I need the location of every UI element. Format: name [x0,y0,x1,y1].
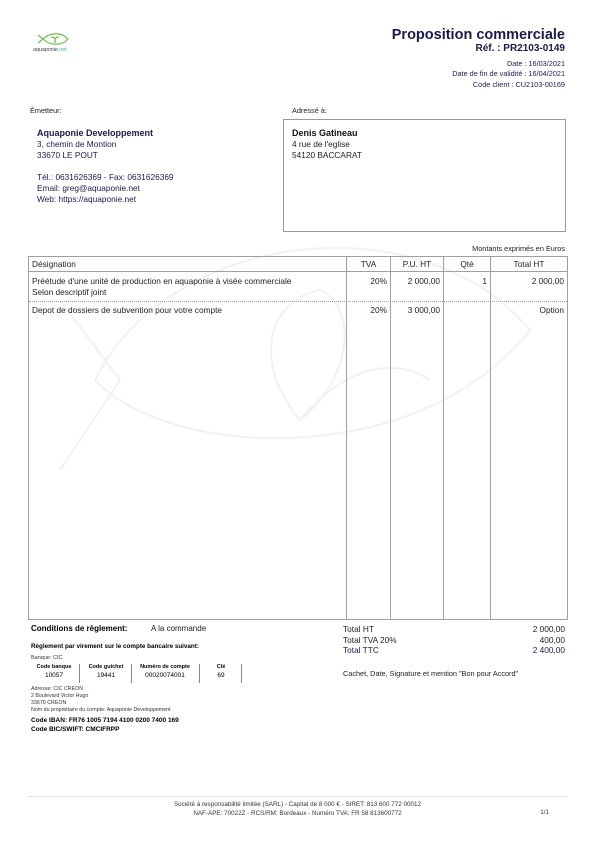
totals-block: Total HT2 000,00 Total TVA 20%400,00 Tot… [343,624,565,656]
recipient-name: Denis Gatineau [292,128,362,139]
sender-web: Web: https://aquaponie.net [37,194,174,205]
client-code: Code client : CU2103-00169 [473,80,565,89]
recipient-label: Adressé à: [292,106,327,115]
signature-note: Cachet, Date, Signature et mention "Bon … [343,669,518,678]
sender-block: Aquaponie Developpement 3, chemin de Mon… [37,128,174,205]
document-title: Proposition commerciale [392,27,565,43]
row-qty: 1 [444,276,487,287]
sender-label: Émetteur: [30,106,62,115]
header-total-ht: Total HT [491,259,567,270]
bank-code: Code banque10057 [31,664,77,679]
payment-conditions-label: Conditions de règlement: [31,624,127,633]
sender-email: Email: greg@aquaponie.net [37,183,174,194]
company-logo: aquaponie.net [28,30,88,56]
page-number: 1/1 [540,809,549,816]
header-designation: Désignation [32,259,76,270]
rib-key: Clé69 [201,664,241,679]
header-pu-ht: P.U. HT [391,259,443,270]
branch-code: Code guichet19441 [81,664,131,679]
iban: Code IBAN: FR76 1005 7194 4100 0200 7400… [31,716,179,725]
sender-address2: 33670 LE POUT [37,150,174,161]
recipient-block: Denis Gatineau 4 rue de l'eglise 54120 B… [292,128,362,161]
row-designation-detail: Selon descriptif joint [32,287,106,298]
row-designation: Préétude d'une unité de production en aq… [32,276,291,287]
bic: Code BIC/SWIFT: CMCIFRPP [31,725,179,734]
footer-divider [28,796,567,797]
sender-name: Aquaponie Developpement [37,128,174,139]
row-total-ht: 2 000,00 [491,276,564,287]
total-ttc-row: Total TTC2 400,00 [343,645,565,656]
logo-text: aquaponie.net [33,47,67,53]
recipient-address1: 4 rue de l'eglise [292,139,362,150]
bank-transfer-title: Règlement par virement sur le compte ban… [31,643,199,650]
row-tva: 20% [347,276,387,287]
total-tva-row: Total TVA 20%400,00 [343,635,565,646]
row-designation: Depot de dossiers de subvention pour vot… [32,305,222,316]
recipient-address2: 54120 BACCARAT [292,150,362,161]
payment-conditions-value: A la commande [151,624,206,633]
account-number: Numéro de compte00020074001 [133,664,197,679]
row-total-ht: Option [491,305,564,316]
row-pu-ht: 3 000,00 [391,305,440,316]
sender-phone: Tél.: 0631626369 - Fax: 0631626369 [37,172,174,183]
sender-address1: 3, chemin de Montion [37,139,174,150]
validity-date: Date de fin de validité : 16/04/2021 [452,69,565,78]
legal-footer: Société à responsabilité limitée (SARL) … [0,800,595,818]
header-tva: TVA [347,259,390,270]
fish-sprout-icon [28,30,88,48]
total-ht-row: Total HT2 000,00 [343,624,565,635]
document-date: Date : 16/03/2021 [507,59,565,68]
currency-note: Montants exprimés en Euros [472,244,565,253]
iban-block: Code IBAN: FR76 1005 7194 4100 0200 7400… [31,716,179,734]
line-items-table: Désignation TVA P.U. HT Qté Total HT Pré… [28,256,568,620]
bank-name: Banque: CIC [31,655,63,661]
bank-address: Adresse: CIC CREON 2 Boulevard Victor Hu… [31,686,171,714]
row-tva: 20% [347,305,387,316]
header-qty: Qté [444,259,490,270]
row-pu-ht: 2 000,00 [391,276,440,287]
document-reference: Réf. : PR2103-0149 [476,43,566,54]
